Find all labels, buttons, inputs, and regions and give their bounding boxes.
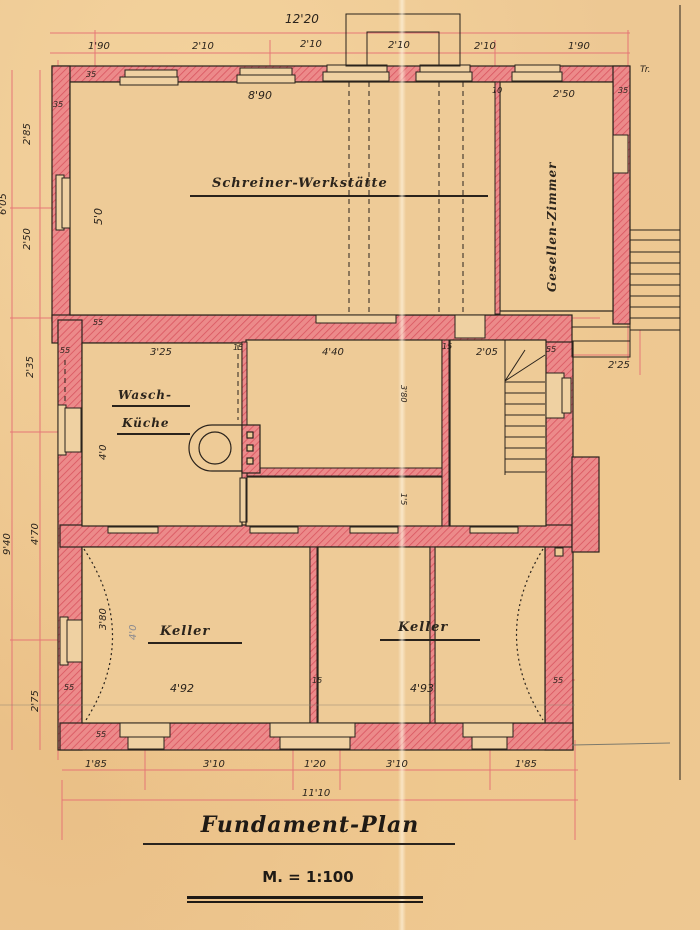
dim-stair-outside-width: 2'25 [608,360,630,371]
dim-workshop-depth: 5'0 [92,208,105,225]
laundry-boiler [189,425,260,473]
dim-cellar-depth-pencil: 4'0 [128,625,139,640]
dim-wall-left-top: 35 [53,100,63,109]
dim-left-seg-2: 2'50 [22,228,33,250]
dim-bottom-seg-1: 1'85 [85,759,107,770]
dim-bottom-seg-2: 3'10 [203,759,225,770]
dim-journeyman-width: 2'50 [553,89,575,100]
scale-underline [187,896,423,899]
dim-wall-top-right: 35 [618,86,628,95]
room-label-journeyman-room: Gesellen-Zimmer [545,162,559,292]
dim-middle-room-width: 4'40 [322,347,344,358]
title-underline [143,843,455,845]
paper-fold-crease [398,0,406,930]
dim-laundry-width: 3'25 [150,347,172,358]
room-label-laundry-line1: Wasch- [118,388,172,402]
dim-wall-55-b: 55 [93,318,103,327]
pencil-line [572,743,670,745]
dim-cellar-right-width: 4'93 [410,682,434,695]
dim-left-seg-4: 4'70 [30,523,41,545]
dim-wall-55-e: 55 [553,676,563,685]
dim-middle-room-depth: 3'80 [399,385,408,402]
dim-middle-lower-depth: 1'5 [399,493,408,505]
dim-left-overall: 9'40 [2,533,13,555]
dim-wall-bottom-left: 55 [96,730,106,739]
dim-left-top-overall: 6'05 [0,193,9,215]
dim-bottom-seg-5: 1'85 [515,759,537,770]
dim-bottom-seg-4: 3'10 [386,759,408,770]
dim-wall-55-c: 55 [546,345,556,354]
scale-underline [187,901,423,903]
dim-left-seg-1: 2'85 [22,123,33,145]
dim-top-seg-3: 2'10 [300,39,322,50]
dim-partition-top: 10 [492,86,502,95]
cellar-vent [555,548,563,556]
note-right-margin: Tr. [640,65,651,75]
dim-workshop-width: 8'90 [248,89,272,102]
dim-laundry-depth: 4'0 [98,445,109,460]
dim-bottom-overall: 11'10 [302,788,330,799]
dim-partition-15-b: 15 [442,342,452,351]
dim-top-overall: 12'20 [285,12,319,26]
dim-top-seg-6: 1'90 [568,41,590,52]
dim-partition-15-a: 15 [233,343,243,352]
room-label-workshop: Schreiner-Werkstätte [212,176,388,191]
dim-top-seg-5: 2'10 [474,41,496,52]
dim-stair-room-width: 2'05 [476,347,498,358]
dim-top-seg-2: 2'10 [192,41,214,52]
dim-left-seg-3: 2'35 [25,356,36,378]
dim-top-seg-4: 2'10 [388,40,410,51]
dim-wall-top-left: 35 [86,70,96,79]
plan-title: Fundament-Plan [160,812,460,838]
floor-plan-drawing [0,0,700,930]
room-label-laundry-line2: Küche [122,416,170,430]
dim-wall-55-d: 55 [64,683,74,692]
dim-wall-55-a: 55 [60,346,70,355]
room-label-cellar-left: Keller [160,624,210,639]
dim-bottom-seg-3: 1'20 [304,759,326,770]
dim-left-seg-5: 2'75 [30,690,41,712]
room-label-cellar-right: Keller [398,620,448,635]
dim-partition-15-c: 15 [312,676,322,685]
plan-scale: M. = 1:100 [228,868,388,886]
dim-cellar-left-width: 4'92 [170,682,194,695]
dim-top-seg-1: 1'90 [88,41,110,52]
dim-cellar-depth: 3'80 [98,608,109,630]
